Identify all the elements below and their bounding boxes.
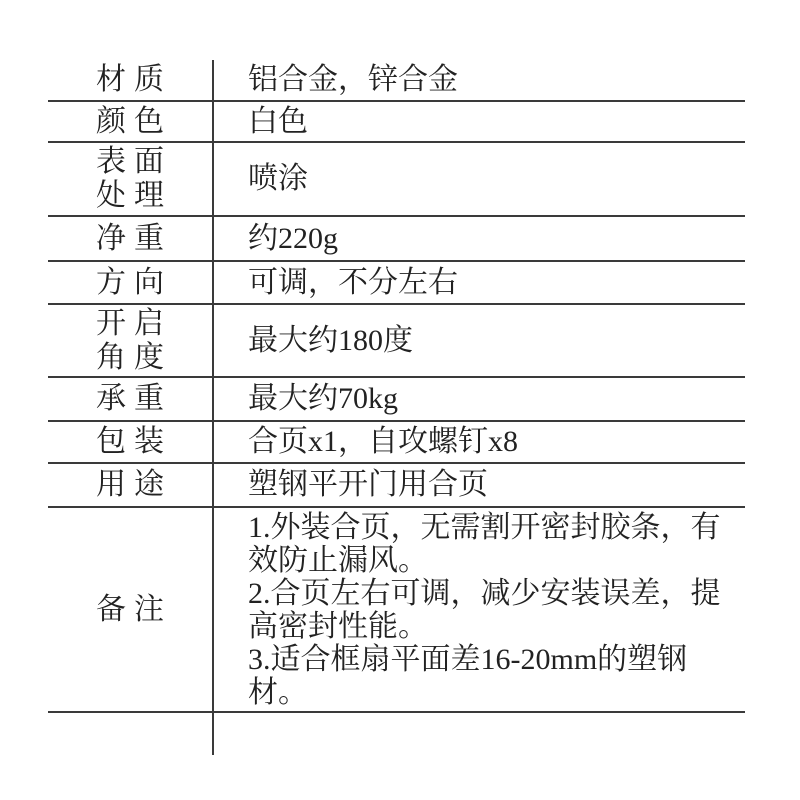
- spec-table: 材质 铝合金，锌合金 颜色 白色 表面 处理 喷涂 净重 约220g 方向 可调…: [48, 60, 745, 755]
- row-label-package: 包装: [48, 422, 212, 462]
- remark-note-3: 3.适合框扇平面差16-20mm的塑钢材。: [248, 643, 739, 709]
- row-value-surface-treatment: 喷涂: [212, 143, 745, 215]
- row-label-surface-treatment: 表面 处理: [48, 143, 212, 215]
- row-label-remarks: 备注: [48, 508, 212, 711]
- row-label-usage: 用途: [48, 464, 212, 506]
- row-value-package: 合页x1，自攻螺钉x8: [212, 422, 745, 462]
- table-row: 备注 1.外装合页，无需割开密封胶条，有效防止漏风。 2.合页左右可调，减少安装…: [48, 508, 745, 713]
- table-row: 包装 合页x1，自攻螺钉x8: [48, 422, 745, 464]
- table-row: 用途 塑钢平开门用合页: [48, 464, 745, 508]
- remark-note-2: 2.合页左右可调，减少安装误差，提高密封性能。: [248, 577, 739, 643]
- row-value-usage: 塑钢平开门用合页: [212, 464, 745, 506]
- row-value-load-capacity: 最大约70kg: [212, 378, 745, 420]
- table-row: 承重 最大约70kg: [48, 378, 745, 422]
- row-label-load-capacity: 承重: [48, 378, 212, 420]
- table-row: 材质 铝合金，锌合金: [48, 60, 745, 102]
- row-label-color: 颜色: [48, 102, 212, 141]
- table-row: 开启 角度 最大约180度: [48, 305, 745, 378]
- table-row: 表面 处理 喷涂: [48, 143, 745, 217]
- table-row-empty: [48, 713, 745, 755]
- row-value-direction: 可调，不分左右: [212, 262, 745, 303]
- row-value-empty: [212, 713, 745, 755]
- table-row: 方向 可调，不分左右: [48, 262, 745, 305]
- row-value-material: 铝合金，锌合金: [212, 60, 745, 100]
- row-value-net-weight: 约220g: [212, 217, 745, 260]
- table-row: 颜色 白色: [48, 102, 745, 143]
- column-divider-line: [212, 60, 214, 755]
- row-label-material: 材质: [48, 60, 212, 100]
- table-row: 净重 约220g: [48, 217, 745, 262]
- row-label-net-weight: 净重: [48, 217, 212, 260]
- row-value-remarks: 1.外装合页，无需割开密封胶条，有效防止漏风。 2.合页左右可调，减少安装误差，…: [212, 508, 745, 711]
- row-value-color: 白色: [212, 102, 745, 141]
- row-label-empty: [48, 713, 212, 755]
- remark-note-1: 1.外装合页，无需割开密封胶条，有效防止漏风。: [248, 511, 739, 577]
- row-label-direction: 方向: [48, 262, 212, 303]
- row-value-opening-angle: 最大约180度: [212, 305, 745, 376]
- row-label-opening-angle: 开启 角度: [48, 305, 212, 376]
